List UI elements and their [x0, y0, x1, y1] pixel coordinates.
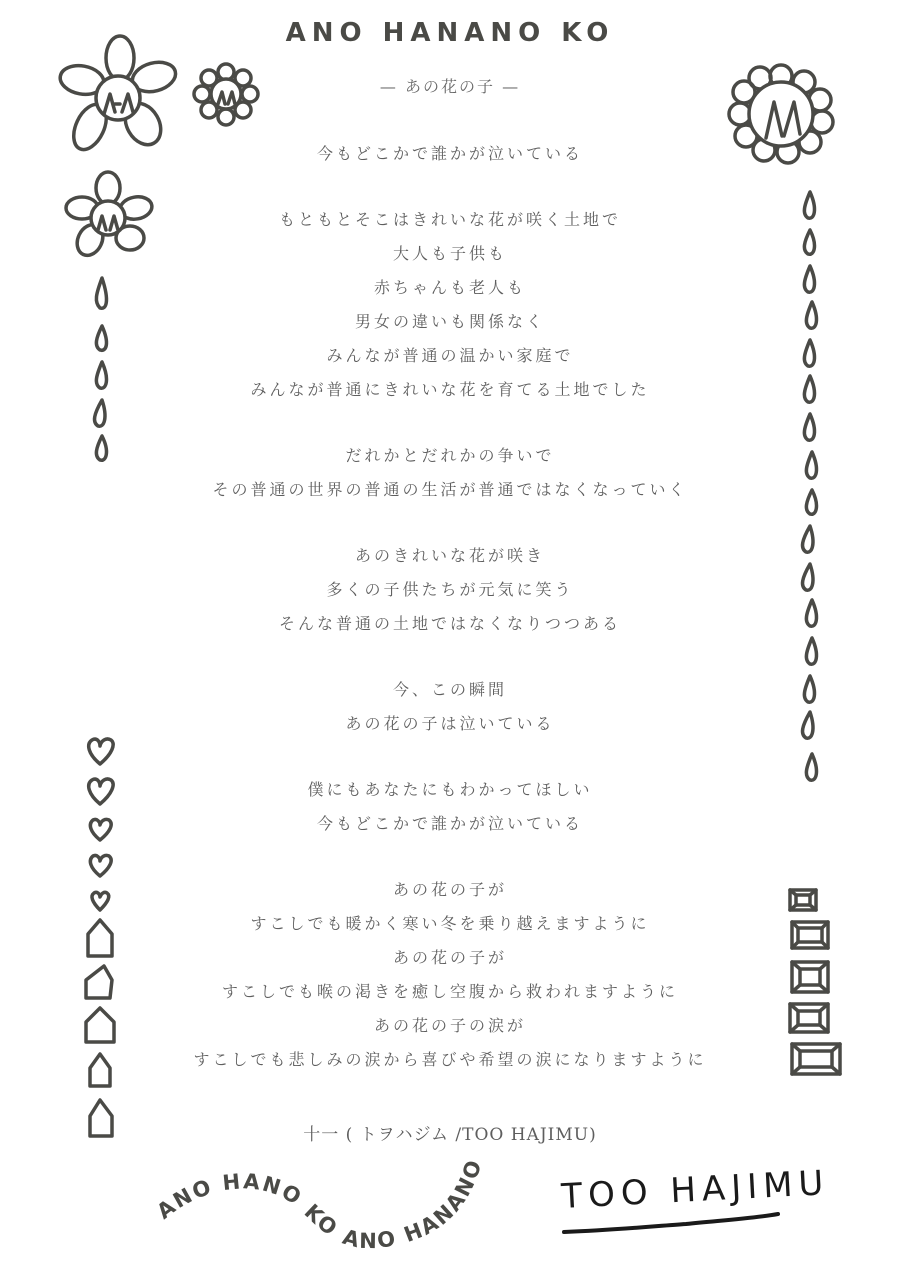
hearts-icon	[84, 736, 120, 916]
signature-art: TOO HAJIMU	[556, 1168, 786, 1248]
wave-text-art: ANO HANO KOANO HANANO KO	[150, 1160, 510, 1270]
poem-line: あのきれいな花が咲き	[0, 539, 900, 573]
stanza-4: あのきれいな花が咲き 多くの子供たちが元気に笑う そんな普通の土地ではなくなりつ…	[0, 539, 900, 641]
poem: 今もどこかで誰かが泣いている もともとそこはきれいな花が咲く土地で 大人も子供も…	[0, 137, 900, 1077]
signature-text: TOO HAJIMU	[559, 1163, 830, 1217]
stanza-3: だれかとだれかの争いで その普通の世界の普通の生活が普通ではなくなっていく	[0, 439, 900, 507]
right-drops-icon	[798, 190, 828, 800]
poem-line: 多くの子供たちが元気に笑う	[0, 573, 900, 607]
poem-line: 今、この瞬間	[0, 673, 900, 707]
flower-large-icon	[58, 32, 178, 152]
flower-small-icon	[194, 62, 258, 126]
poem-line: 赤ちゃんも老人も	[0, 271, 900, 305]
poem-line: すこしでも喉の渇きを癒し空腹から救われますように	[0, 975, 900, 1009]
poem-line: その普通の世界の普通の生活が普通ではなくなっていく	[0, 473, 900, 507]
poem-line: あの花の子が	[0, 873, 900, 907]
stanza-5: 今、この瞬間 あの花の子は泣いている	[0, 673, 900, 741]
poem-line: すこしでも暖かく寒い冬を乗り越えますように	[0, 907, 900, 941]
poem-line: あの花の子の涙が	[0, 1009, 900, 1043]
poem-line: みんなが普通の温かい家庭で	[0, 339, 900, 373]
poem-line: 男女の違いも関係なく	[0, 305, 900, 339]
poem-line: みんなが普通にきれいな花を育てる土地でした	[0, 373, 900, 407]
author-credit: 十一 ( トヲハジム /TOO HAJIMU)	[0, 1120, 900, 1145]
flower-medium-icon	[64, 170, 154, 260]
left-drops-icon	[90, 276, 120, 466]
poem-line: そんな普通の土地ではなくなりつつある	[0, 607, 900, 641]
gems-icon	[788, 886, 848, 1078]
flower-sun-icon	[728, 64, 834, 164]
stanza-7: あの花の子が すこしでも暖かく寒い冬を乗り越えますように あの花の子が すこしで…	[0, 873, 900, 1077]
poem-line: 今もどこかで誰かが泣いている	[0, 807, 900, 841]
wave-text: ANO HANO KOANO HANANO KO	[140, 1141, 487, 1253]
poem-line: あの花の子が	[0, 941, 900, 975]
poem-line: あの花の子は泣いている	[0, 707, 900, 741]
houses-icon	[82, 918, 122, 1143]
svg-text:ANO HANO KOANO HANANO KO: ANO HANO KOANO HANANO KO	[140, 1141, 487, 1253]
poem-line: だれかとだれかの争いで	[0, 439, 900, 473]
stanza-6: 僕にもあなたにもわかってほしい 今もどこかで誰かが泣いている	[0, 773, 900, 841]
poem-line: 僕にもあなたにもわかってほしい	[0, 773, 900, 807]
poem-line: すこしでも悲しみの涙から喜びや希望の涙になりますように	[0, 1043, 900, 1077]
